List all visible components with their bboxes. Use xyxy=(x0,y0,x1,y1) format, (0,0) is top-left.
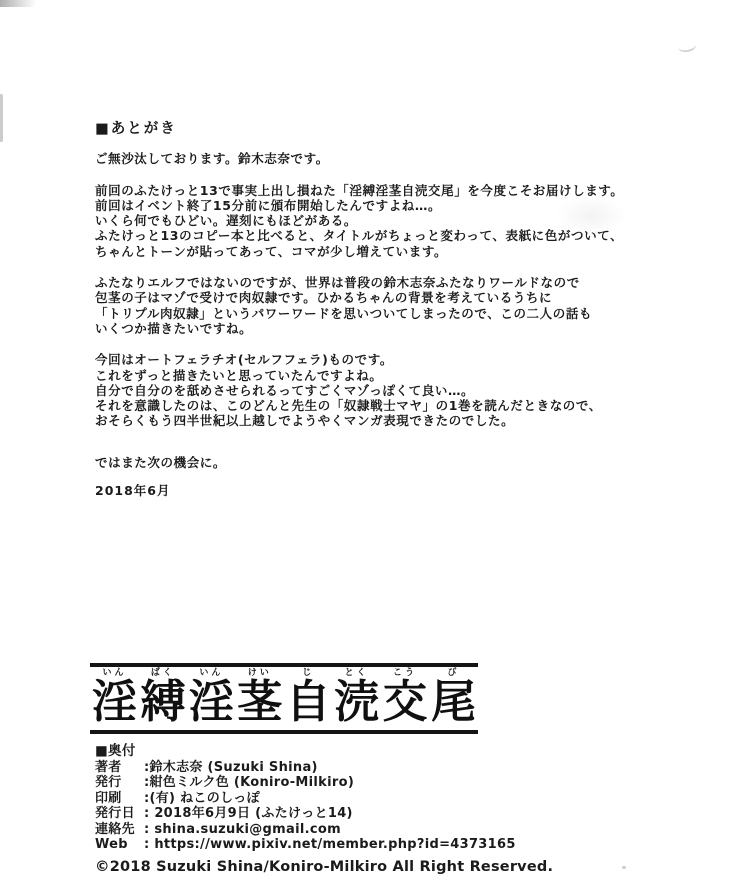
afterword-date: 2018年6月 xyxy=(95,483,665,498)
afterword-heading: ■あとがき xyxy=(95,122,665,137)
title-character: 尾び xyxy=(431,668,476,727)
colophon-label: 発行 xyxy=(95,775,144,791)
afterword-text-line: 「トリプル肉奴隷」というパワーワードを思いついてしまったので、この二人の話も xyxy=(95,306,665,321)
colophon-value: : 2018年6月9日 (ふたけっと14) xyxy=(144,806,655,822)
colophon-value: :(有) ねこのしっぽ xyxy=(144,791,655,807)
scanned-afterword-page: ■あとがき ご無沙汰しております。鈴木志奈です。 前回のふたけっと13で事実上出… xyxy=(0,0,736,877)
afterword-text-line: 前回はイベント終了15分前に頒布開始したんですよね…。 xyxy=(95,198,665,213)
colophon-row: 印刷:(有) ねこのしっぽ xyxy=(95,791,655,807)
afterword-text-line: これをずっと描きたいと思っていたんですよね。 xyxy=(95,368,665,383)
colophon-row: 発行:紺色ミルク色 (Koniro-Milkiro) xyxy=(95,775,655,791)
colophon-section: ■奥付 著者:鈴木志奈 (Suzuki Shina)発行:紺色ミルク色 (Kon… xyxy=(95,744,655,875)
afterword-paragraphs: 前回のふたけっと13で事実上出し損ねた「淫縛淫茎自涜交尾」を今度こそお届けします… xyxy=(95,183,665,429)
afterword-text-line: 包茎の子はマゾで受けで肉奴隷です。ひかるちゃんの背景を考えているうちに xyxy=(95,290,665,305)
colophon-value: : shina.suzuki@gmail.com xyxy=(144,822,655,838)
colophon-heading: ■奥付 xyxy=(95,744,655,760)
afterword-text-line: ふたけっと13のコピー本と比べると、タイトルがちょっと変わって、表紙に色がついて… xyxy=(95,228,665,243)
afterword-text-line: 自分で自分のを舐めさせられるってすごくマゾっぽくて良い…。 xyxy=(95,383,665,398)
title-character: 涜とく xyxy=(334,668,379,727)
scan-artifact xyxy=(677,39,697,54)
title-character: 縛ばく xyxy=(140,668,185,727)
afterword-text-line: いくら何でもひどい。遅刻にもほどがある。 xyxy=(95,213,665,228)
afterword-text-line: 前回のふたけっと13で事実上出し損ねた「淫縛淫茎自涜交尾」を今度こそお届けします… xyxy=(95,183,665,198)
colophon-label: 発行日 xyxy=(95,806,144,822)
afterword-paragraph: ふたなりエルフではないのですが、世界は普段の鈴木志奈ふたなりワールドなので包茎の… xyxy=(95,275,665,336)
colophon-row: 連絡先: shina.suzuki@gmail.com xyxy=(95,822,655,838)
colophon-label: Web xyxy=(95,837,144,853)
scan-artifact xyxy=(0,94,3,142)
afterword-text-line: 今回はオートフェラチオ(セルフフェラ)ものです。 xyxy=(95,352,665,367)
copyright-line: ©2018 Suzuki Shina/Koniro-Milkiro All Ri… xyxy=(95,860,655,876)
afterword-paragraph: 今回はオートフェラチオ(セルフフェラ)ものです。これをずっと描きたいと思っていた… xyxy=(95,352,665,428)
colophon-label: 印刷 xyxy=(95,791,144,807)
title-banner: 淫いん縛ばく淫いん茎けい自じ涜とく交こう尾び xyxy=(90,663,478,734)
afterword-text-line: ふたなりエルフではないのですが、世界は普段の鈴木志奈ふたなりワールドなので xyxy=(95,275,665,290)
afterword-greeting: ご無沙汰しております。鈴木志奈です。 xyxy=(95,151,665,166)
colophon-value: : https://www.pixiv.net/member.php?id=43… xyxy=(144,837,655,853)
colophon-row: 著者:鈴木志奈 (Suzuki Shina) xyxy=(95,760,655,776)
colophon-row: Web: https://www.pixiv.net/member.php?id… xyxy=(95,837,655,853)
afterword-text-line: おそらくもう四半世紀以上越しでようやくマンガ表現できたのでした。 xyxy=(95,413,665,428)
title-character: 自じ xyxy=(286,668,331,727)
afterword-section: ■あとがき ご無沙汰しております。鈴木志奈です。 前回のふたけっと13で事実上出… xyxy=(95,122,665,498)
afterword-text-line: ちゃんとトーンが貼ってあって、コマが少し増えています。 xyxy=(95,244,665,259)
title-character: 淫いん xyxy=(92,668,137,727)
afterword-text-line: いくつか描きたいですね。 xyxy=(95,321,665,336)
title-character: 交こう xyxy=(383,668,428,727)
colophon-value: :鈴木志奈 (Suzuki Shina) xyxy=(144,760,655,776)
title-character: 淫いん xyxy=(189,668,234,727)
doujin-title: 淫いん縛ばく淫いん茎けい自じ涜とく交こう尾び xyxy=(92,668,476,727)
afterword-paragraph: 前回のふたけっと13で事実上出し損ねた「淫縛淫茎自涜交尾」を今度こそお届けします… xyxy=(95,183,665,259)
colophon-label: 著者 xyxy=(95,760,144,776)
afterword-text-line: それを意識したのは、このどんと先生の「奴隷戦士マヤ」の1巻を読んだときなので、 xyxy=(95,398,665,413)
afterword-closing: ではまた次の機会に。 xyxy=(95,455,665,470)
title-character: 茎けい xyxy=(237,668,282,727)
colophon-row: 発行日: 2018年6月9日 (ふたけっと14) xyxy=(95,806,655,822)
colophon-value: :紺色ミルク色 (Koniro-Milkiro) xyxy=(144,775,655,791)
colophon-label: 連絡先 xyxy=(95,822,144,838)
scan-artifact xyxy=(0,0,36,7)
colophon-rows: 著者:鈴木志奈 (Suzuki Shina)発行:紺色ミルク色 (Koniro-… xyxy=(95,760,655,853)
